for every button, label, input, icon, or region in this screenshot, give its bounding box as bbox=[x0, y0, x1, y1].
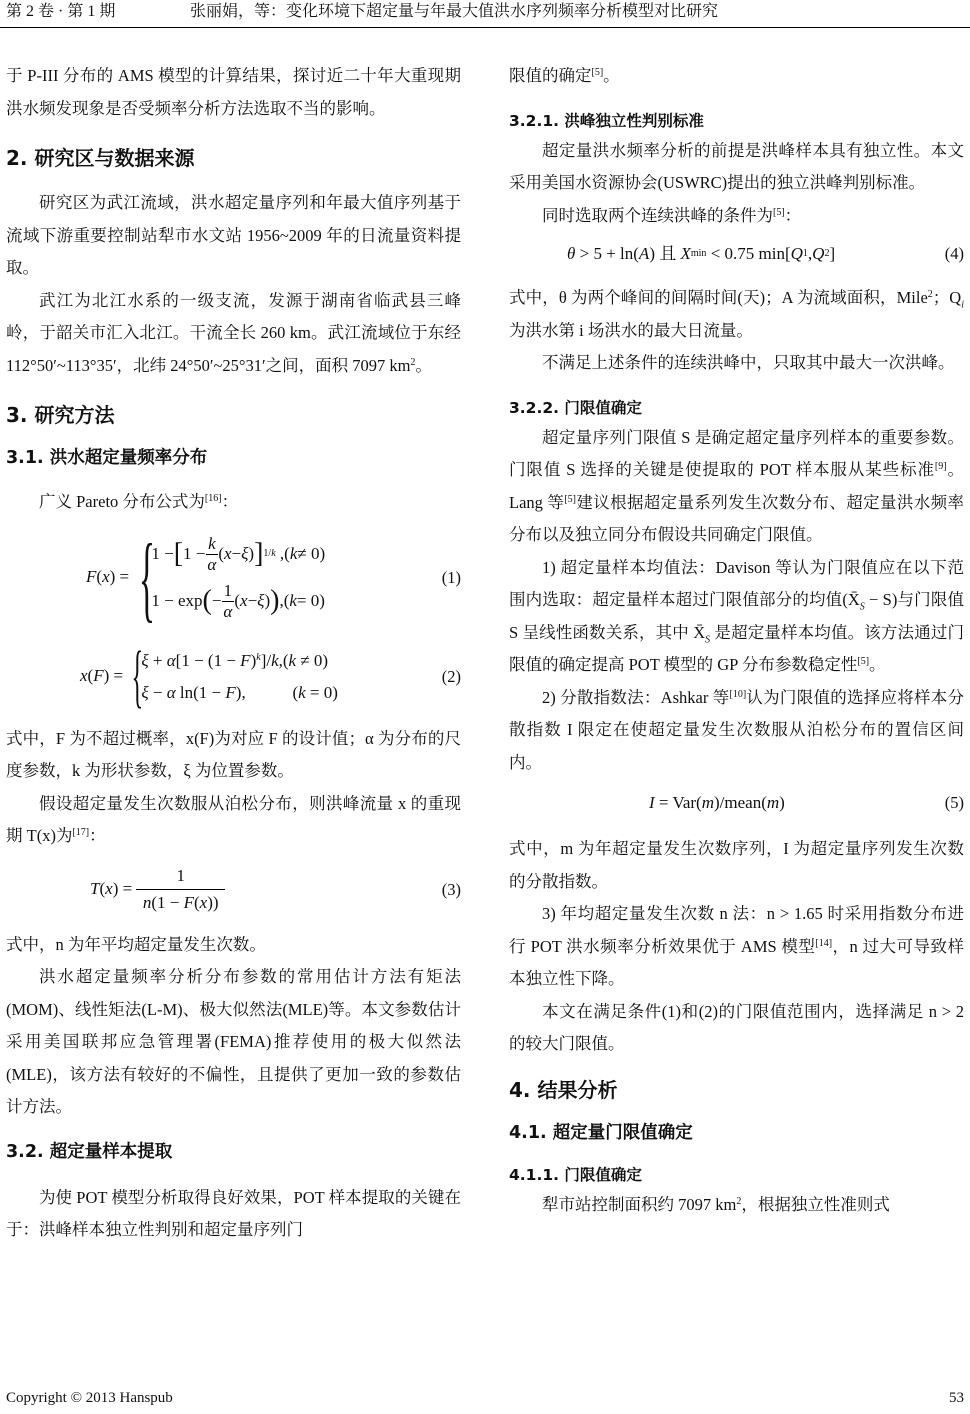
citation: [5] bbox=[592, 67, 604, 78]
citation: [5] bbox=[564, 494, 576, 505]
citation: [5] bbox=[773, 207, 785, 218]
citation: [9] bbox=[935, 461, 947, 472]
threshold-paragraph: 超定量序列门限值 S 是确定超定量序列样本的重要参数。门限值 S 选择的关键是使… bbox=[509, 422, 964, 552]
citation: [14] bbox=[815, 938, 832, 949]
equation-number: (5) bbox=[945, 787, 964, 820]
method-2-paragraph: 2) 分散指数法：Ashkar 等[10]认为门限值的选择应将样本分散指数 I … bbox=[509, 682, 964, 780]
eq5-explanation: 式中，m 为年超定量发生次数序列，I 为超定量序列发生次数的分散指数。 bbox=[509, 833, 964, 898]
page-footer: Copyright © 2013 Hanspub 53 bbox=[6, 1390, 964, 1407]
citation: [17] bbox=[72, 827, 89, 838]
method-1-paragraph: 1) 超定量样本均值法：Davison 等认为门限值应在以下范围内选取：超定量样… bbox=[509, 552, 964, 682]
independence-paragraph: 超定量洪水频率分析的前提是洪峰样本具有独立性。本文采用美国水资源协会(USWRC… bbox=[509, 135, 964, 200]
estimation-paragraph: 洪水超定量频率分析分布参数的常用估计方法有矩法(MOM)、线性矩法(L-M)、极… bbox=[6, 961, 461, 1124]
equation-5: I = Var(m)/mean(m) (5) bbox=[509, 779, 964, 827]
pot-extraction-paragraph: 为使 POT 模型分析取得良好效果，POT 样本提取的关键在于：洪峰样本独立性判… bbox=[6, 1182, 461, 1247]
study-area-paragraph: 研究区为武江流域，洪水超定量序列和年最大值序列基于流域下游重要控制站犁市水文站 … bbox=[6, 187, 461, 285]
eq12-explanation: 式中，F 为不超过概率，x(F)为对应 F 的设计值；α 为分布的尺度参数，k … bbox=[6, 723, 461, 788]
section-3-2-2-heading: 3.2.2. 门限值确定 bbox=[509, 394, 964, 422]
equation-number: (3) bbox=[442, 873, 461, 906]
equation-3: T(x) = 1n(1 − F(x)) (3) bbox=[6, 857, 461, 923]
wujiang-paragraph: 武江为北江水系的一级支流，发源于湖南省临武县三峰岭，于韶关市汇入北江。干流全长 … bbox=[6, 285, 461, 383]
equation-1: F(x) = { 1 − [1 − kα(x − ξ)]1/k ,(k ≠ 0)… bbox=[6, 523, 461, 633]
eq3-explanation: 式中，n 为年平均超定量发生次数。 bbox=[6, 929, 461, 962]
page-number: 53 bbox=[949, 1390, 964, 1407]
copyright: Copyright © 2013 Hanspub bbox=[6, 1390, 173, 1406]
lishi-station-paragraph: 犁市站控制面积约 7097 km2，根据独立性准则式 bbox=[509, 1189, 964, 1222]
continued-text: 限值的确定[5]。 bbox=[509, 60, 964, 93]
right-column: 限值的确定[5]。 3.2.1. 洪峰独立性判别标准 超定量洪水频率分析的前提是… bbox=[509, 60, 964, 1221]
section-3-heading: 3. 研究方法 bbox=[6, 400, 461, 430]
method-3-paragraph: 3) 年均超定量发生次数 n 法：n > 1.65 时采用指数分布进行 POT … bbox=[509, 898, 964, 996]
section-3-2-1-heading: 3.2.1. 洪峰独立性判别标准 bbox=[509, 107, 964, 135]
citation: [16] bbox=[205, 493, 222, 504]
section-2-heading: 2. 研究区与数据来源 bbox=[6, 143, 461, 173]
citation: [10] bbox=[729, 689, 746, 700]
left-column: 于 P-III 分布的 AMS 模型的计算结果，探讨近二十年大重现期洪水频发现象… bbox=[6, 60, 461, 1247]
equation-number: (2) bbox=[442, 660, 461, 693]
volume-issue: 第 2 卷 · 第 1 期 bbox=[6, 0, 115, 24]
running-header: 第 2 卷 · 第 1 期 张丽娟，等：变化环境下超定量与年最大值洪水序列频率分… bbox=[0, 0, 970, 28]
running-title: 张丽娟，等：变化环境下超定量与年最大值洪水序列频率分析模型对比研究 bbox=[190, 0, 718, 24]
section-3-2-heading: 3.2. 超定量样本提取 bbox=[6, 1138, 461, 1166]
section-4-1-1-heading: 4.1.1. 门限值确定 bbox=[509, 1161, 964, 1189]
section-4-1-heading: 4.1. 超定量门限值确定 bbox=[509, 1119, 964, 1147]
not-satisfy-paragraph: 不满足上述条件的连续洪峰中，只取其中最大一次洪峰。 bbox=[509, 347, 964, 380]
equation-number: (1) bbox=[442, 561, 461, 594]
citation: [5] bbox=[857, 656, 869, 667]
equation-2: x(F) = { ξ + α[1 − (1 − F)k]/k,(k ≠ 0) ξ… bbox=[6, 639, 461, 715]
equation-4: θ > 5 + ln(A) 且 Xmin < 0.75 min[Q1,Q2] (… bbox=[509, 232, 964, 276]
intro-tail-paragraph: 于 P-III 分布的 AMS 模型的计算结果，探讨近二十年大重现期洪水频发现象… bbox=[6, 60, 461, 125]
pareto-intro: 广义 Pareto 分布公式为[16]： bbox=[6, 486, 461, 519]
condition-intro: 同时选取两个连续洪峰的条件为[5]： bbox=[509, 200, 964, 233]
equation-number: (4) bbox=[945, 238, 964, 271]
choose-threshold-paragraph: 本文在满足条件(1)和(2)的门限值范围内，选择满足 n > 2 的较大门限值。 bbox=[509, 996, 964, 1061]
section-4-heading: 4. 结果分析 bbox=[509, 1075, 964, 1105]
poisson-paragraph: 假设超定量发生次数服从泊松分布，则洪峰流量 x 的重现期 T(x)为[17]： bbox=[6, 788, 461, 853]
section-3-1-heading: 3.1. 洪水超定量频率分布 bbox=[6, 444, 461, 472]
eq4-explanation: 式中，θ 为两个峰间的间隔时间(天)；A 为流域面积，Mile2；Qi 为洪水第… bbox=[509, 282, 964, 347]
